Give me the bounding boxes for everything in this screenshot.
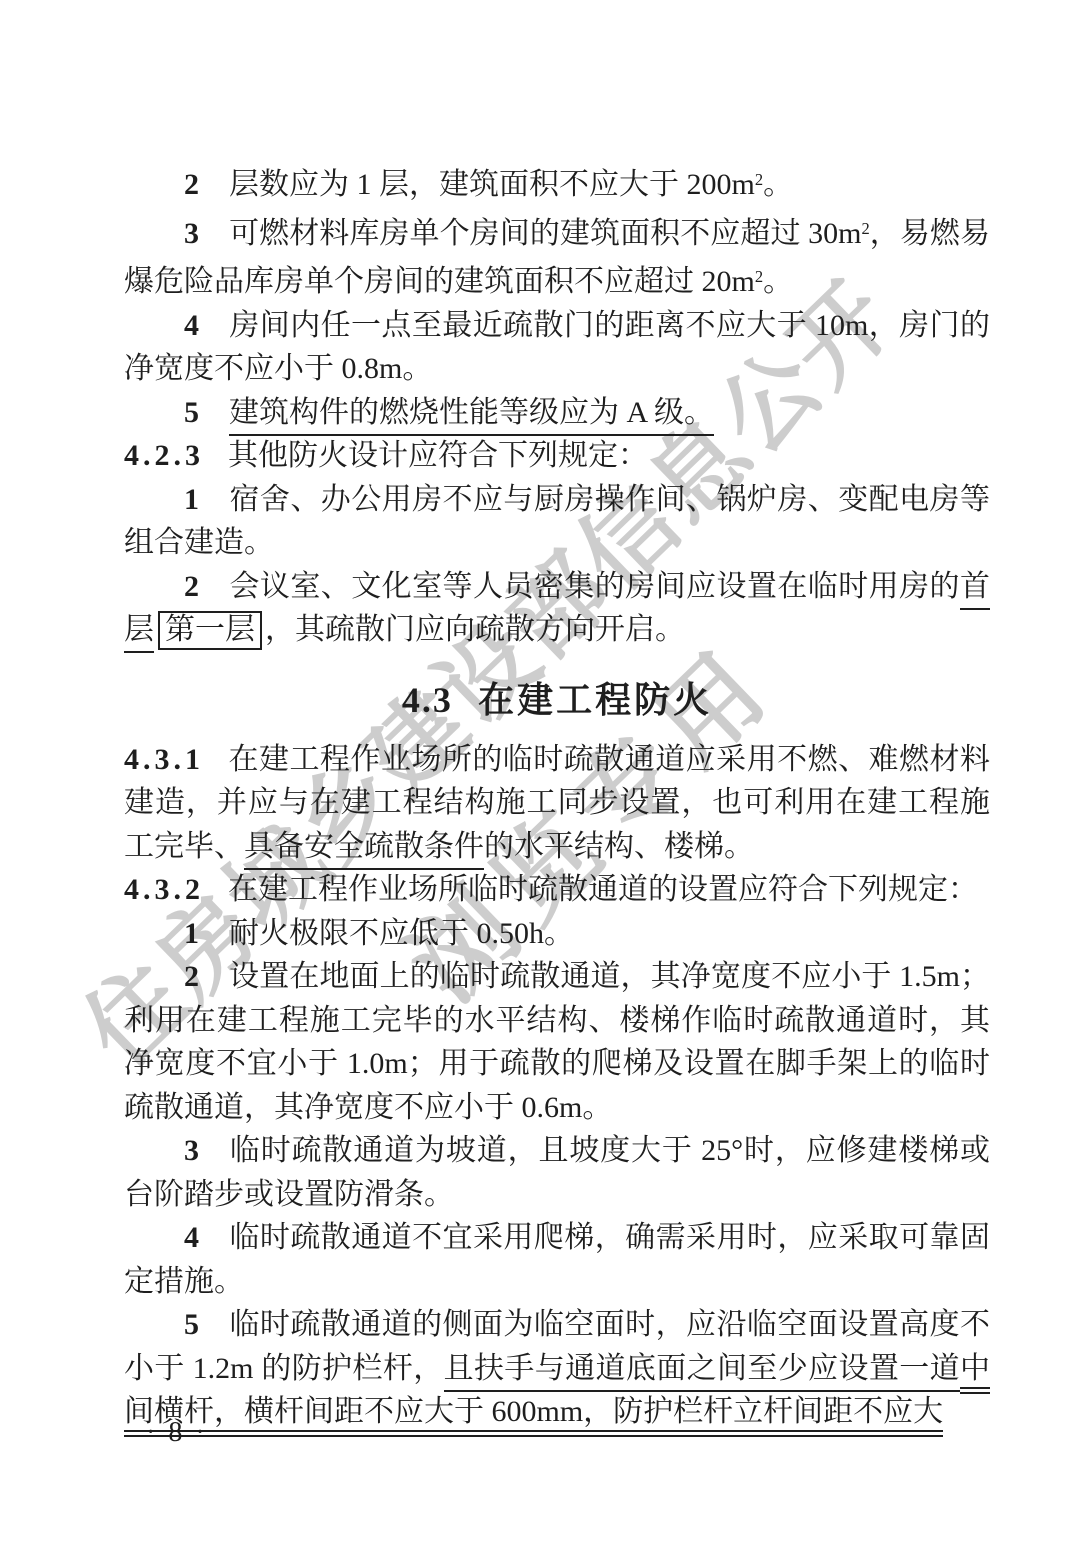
text-segment: 的水平结构、楼梯。 [484,830,754,863]
paragraph: 2层数应为 1 层，建筑面积不应大于 200m2。 [124,158,990,207]
text-segment: 会议室、文化室等人员密集的房间应设置在临时用房的 [229,570,960,603]
paragraph: 4.2.3其他防火设计应符合下列规定： [124,434,990,478]
document-page: 住房城乡建设部信息公开 浏览专用 2层数应为 1 层，建筑面积不应大于 200m… [0,0,1080,1567]
paragraph: 4临时疏散通道不宜采用爬梯，确需采用时，应采取可靠固定措施。 [124,1216,990,1303]
clause-number: 4 [184,1221,199,1254]
text-segment: 。 [763,265,793,298]
text-segment: 房间内任一点至最近疏散门的距离不应大于 10m，房门的净宽度不应小于 0.8m。 [124,309,990,386]
clause-number: 5 [184,1308,199,1341]
paragraph: 4.3.1在建工程作业场所的临时疏散通道应采用不燃、难燃材料建造，并应与在建工程… [124,738,990,869]
clause-number: 2 [184,570,199,603]
clause-number: 4 [184,309,199,342]
clause-number: 4.3.2 [124,873,204,906]
paragraph: 2设置在地面上的临时疏散通道，其净宽度不应小于 1.5m；利用在建工程施工完毕的… [124,955,990,1129]
text-segment: 在建工程作业场所临时疏散通道的设置应符合下列规定： [228,873,978,906]
revision-underlined-text: 且扶手与通道底面之间至少应设置一道 [444,1352,960,1392]
clause-number: 5 [184,396,199,429]
revision-underlined-text: 建筑构件的燃烧性能等级应为 A 级。 [229,396,714,436]
text-segment: 层数应为 1 层，建筑面积不应大于 200m [229,168,755,201]
paragraph: 3临时疏散通道为坡道，且坡度大于 25°时，应修建楼梯或台阶踏步或设置防滑条。 [124,1129,990,1216]
paragraph: 1宿舍、办公用房不应与厨房操作间、锅炉房、变配电房等组合建造。 [124,478,990,565]
text-segment: 耐火极限不应低于 0.50h。 [229,917,574,950]
text-segment: 临时疏散通道不宜采用爬梯，确需采用时，应采取可靠固定措施。 [124,1221,990,1298]
clause-number: 3 [184,217,199,250]
text-segment: ，其疏散门应向疏散方向开启。 [265,613,685,646]
text-segment: 设置在地面上的临时疏散通道，其净宽度不应小于 1.5m；利用在建工程施工完毕的水… [124,960,990,1124]
clause-number: 1 [184,483,199,516]
section-heading: 4.3在建工程防火 [124,678,990,722]
revision-insertion-box: 第一层 [158,611,262,650]
paragraph: 1耐火极限不应低于 0.50h。 [124,912,990,956]
clause-number: 1 [184,917,199,950]
text-segment: 可燃材料库房单个房间的建筑面积不应超过 30m [229,217,861,250]
paragraph: 3可燃材料库房单个房间的建筑面积不应超过 30m2，易燃易爆危险品库房单个房间的… [124,207,990,304]
document-body: 2层数应为 1 层，建筑面积不应大于 200m2。3可燃材料库房单个房间的建筑面… [124,158,990,1434]
text-segment: 临时疏散通道为坡道，且坡度大于 25°时，应修建楼梯或台阶踏步或设置防滑条。 [124,1134,990,1211]
clause-number: 2 [184,168,199,201]
page-number: · 8 · [146,1417,208,1449]
text-segment: 宿舍、办公用房不应与厨房操作间、锅炉房、变配电房等组合建造。 [124,483,990,560]
text-segment: 在建工程防火 [478,680,712,720]
paragraph: 4.3.2在建工程作业场所临时疏散通道的设置应符合下列规定： [124,868,990,912]
superscript: 2 [861,219,869,238]
clause-number: 2 [184,960,199,993]
text-segment: 其他防火设计应符合下列规定： [228,439,648,472]
paragraph: 5临时疏散通道的侧面为临空面时，应沿临空面设置高度不小于 1.2m 的防护栏杆，… [124,1303,990,1434]
superscript: 2 [755,267,763,286]
clause-number: 4.3.1 [124,743,204,776]
revision-underlined-text: 具备安全疏散条件 [244,830,484,870]
clause-number: 4.2.3 [124,439,204,472]
paragraph: 5建筑构件的燃烧性能等级应为 A 级。 [124,391,990,435]
text-segment: 。 [763,168,793,201]
clause-number: 4.3 [402,680,453,720]
clause-number: 3 [184,1134,199,1167]
superscript: 2 [755,170,763,189]
paragraph: 4房间内任一点至最近疏散门的距离不应大于 10m，房门的净宽度不应小于 0.8m… [124,304,990,391]
paragraph: 2会议室、文化室等人员密集的房间应设置在临时用房的首层第一层，其疏散门应向疏散方… [124,565,990,652]
